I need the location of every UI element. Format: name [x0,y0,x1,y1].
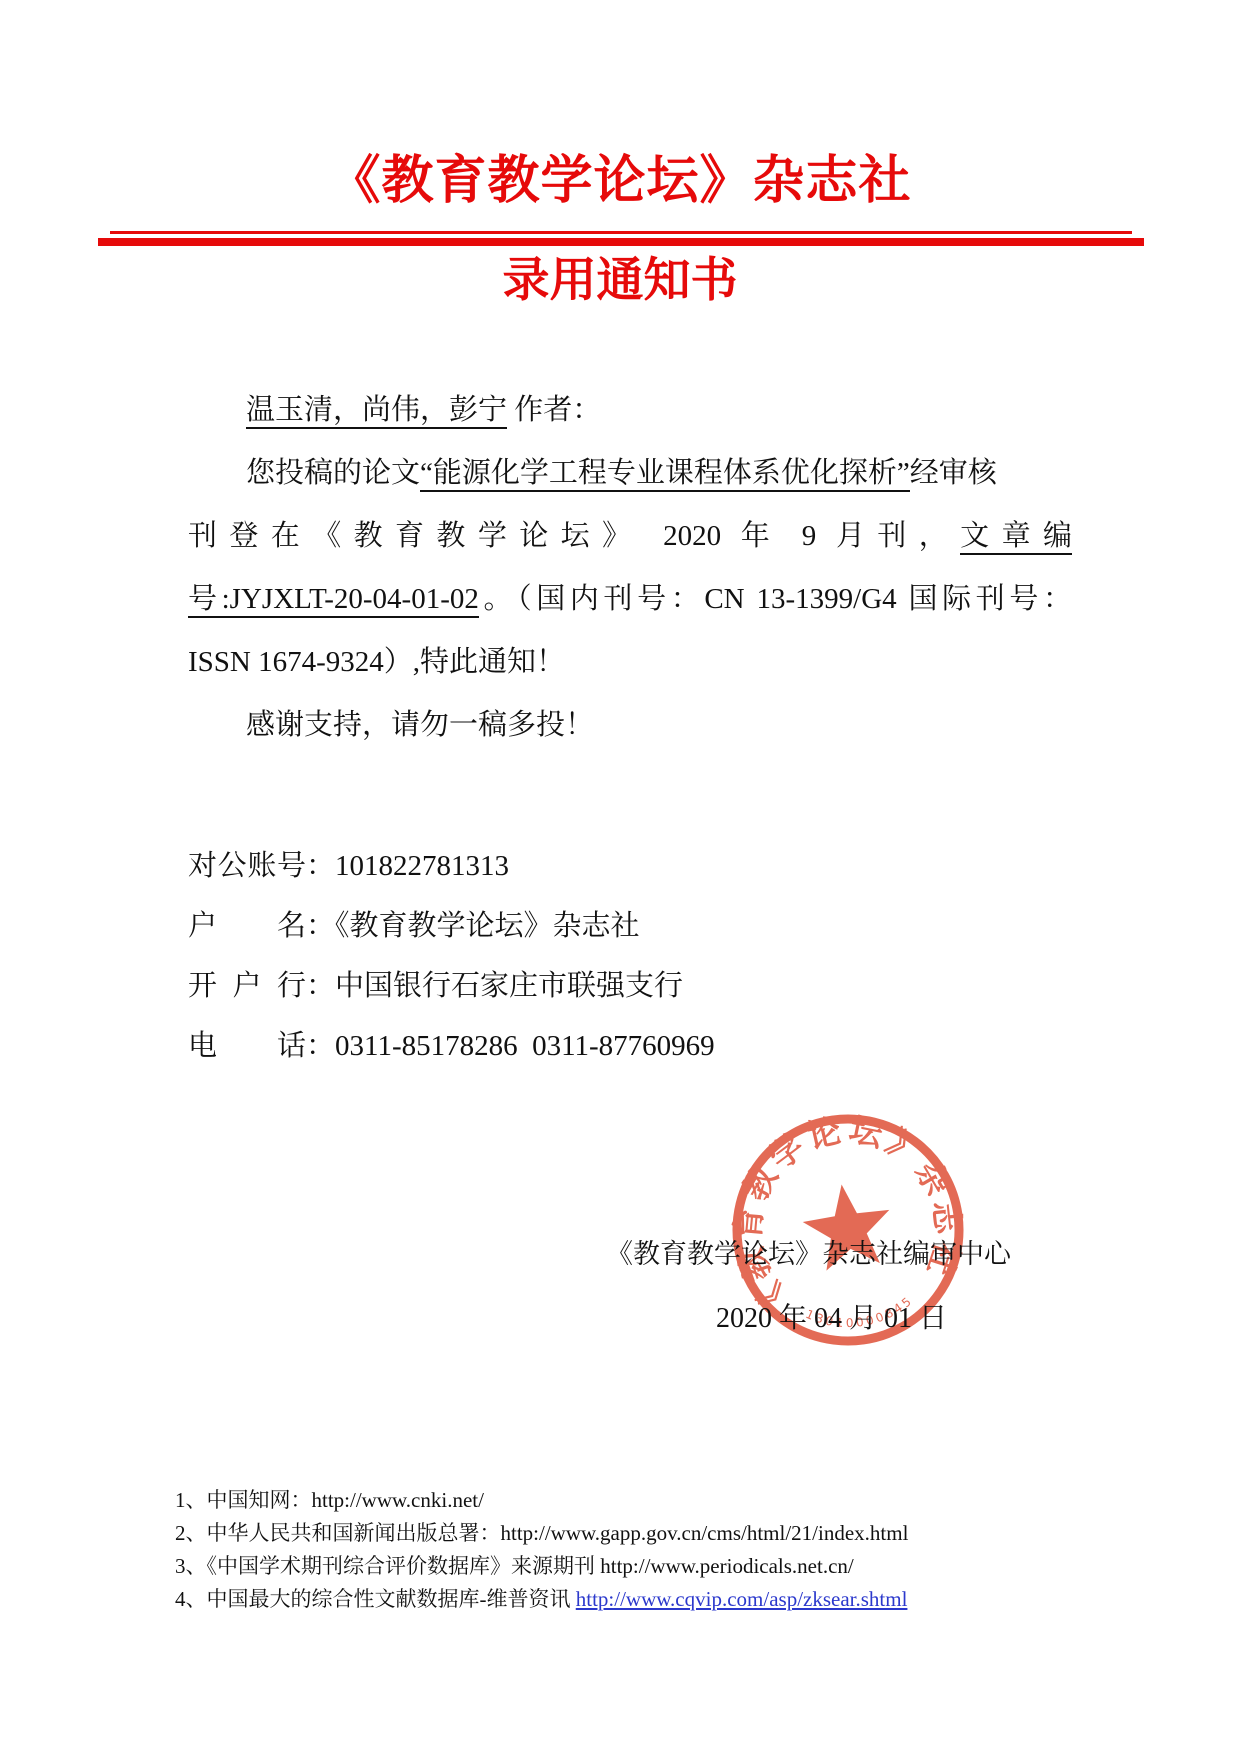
letter-subtitle: 录用通知书 [0,252,1240,310]
salutation-suffix: 作者： [507,394,601,426]
acceptance-letter-page: 《教育教学论坛》杂志社 录用通知书 温玉清，尚伟，彭宁 作者： 您投稿的论文“能… [0,0,1240,1753]
issn-line: ISSN 1674-9324）,特此通知！ [188,646,565,678]
phone-row: 电话：0311-85178286 0311-87760969 [188,1016,1088,1076]
footer-item-periodicals: 3、《中国学术期刊综合评价数据库》来源期刊 http://www.periodi… [175,1550,1115,1583]
footer-item-periodicals-text: 3、《中国学术期刊综合评价数据库》来源期刊 [175,1554,600,1578]
p2-text: 刊登在《教育教学论坛》 2020 年 9 月刊， [188,520,960,552]
paragraph-line-3: 号:JYJXLT-20-04-01-02。（国内刊号：CN 13-1399/G4… [188,568,1072,631]
colon: ： [306,1030,335,1062]
article-number-label: 文章编 [960,520,1072,555]
colon: ： [306,910,335,942]
salutation-line: 温玉清，尚伟，彭宁 作者： [188,379,1072,442]
account-number-label: 对公账号 [188,836,306,896]
author-names: 温玉清，尚伟，彭宁 [246,394,507,429]
p1-suffix: 经审核 [910,457,997,489]
paper-title: “能源化学工程专业课程体系优化探析” [420,457,910,492]
colon: ： [306,850,335,882]
thanks-line: 感谢支持，请勿一稿多投！ [246,709,594,741]
header-double-rule [98,231,1144,246]
phone-label: 电话 [188,1016,306,1076]
account-name-label: 户名 [188,896,306,956]
paragraph-line-5: 感谢支持，请勿一稿多投！ [188,694,1072,757]
p1-prefix: 您投稿的论文 [246,457,420,489]
footer-item-cqvip: 4、中国最大的综合性文献数据库-维普资讯 http://www.cqvip.co… [175,1583,1115,1616]
p3-rest: 。（国内刊号：CN 13-1399/G4 国际刊号： [479,583,1072,615]
footer-item-cnki-url: http://www.cnki.net/ [312,1488,484,1512]
account-number-value: 101822781313 [335,850,509,882]
footer-item-periodicals-url: http://www.periodicals.net.cn/ [600,1554,854,1578]
footer-item-gapp: 2、中华人民共和国新闻出版总署：http://www.gapp.gov.cn/c… [175,1517,1115,1550]
bank-branch-label: 开户行 [188,956,306,1016]
bank-branch-row: 开户行：中国银行石家庄市联强支行 [188,956,1088,1016]
footer-item-cnki: 1、中国知网：http://www.cnki.net/ [175,1484,1115,1517]
footer-item-gapp-text: 2、中华人民共和国新闻出版总署： [175,1521,501,1545]
account-number-row: 对公账号：101822781313 [188,836,1088,896]
article-number: 号:JYJXLT-20-04-01-02 [188,583,479,618]
bank-branch-value: 中国银行石家庄市联强支行 [335,970,683,1002]
phone-value: 0311-85178286 0311-87760969 [335,1030,715,1062]
bank-account-block: 对公账号：101822781313 户名：《教育教学论坛》杂志社 开户行：中国银… [188,836,1088,1076]
signature-organization: 《教育教学论坛》杂志社编审中心 [606,1237,1011,1271]
letter-body: 温玉清，尚伟，彭宁 作者： 您投稿的论文“能源化学工程专业课程体系优化探析”经审… [188,379,1072,757]
rule-thin-line [110,231,1132,234]
signature-date: 2020 年 04 月 01 日 [716,1302,947,1336]
account-name-value: 《教育教学论坛》杂志社 [335,910,640,942]
paragraph-line-4: ISSN 1674-9324）,特此通知！ [188,631,1072,694]
colon: ： [306,970,335,1002]
account-name-row: 户名：《教育教学论坛》杂志社 [188,896,1088,956]
cqvip-hyperlink[interactable]: http://www.cqvip.com/asp/zksear.shtml [576,1587,908,1611]
rule-thick-line [98,238,1144,246]
paragraph-line-1: 您投稿的论文“能源化学工程专业课程体系优化探析”经审核 [188,442,1072,505]
footer-references: 1、中国知网：http://www.cnki.net/ 2、中华人民共和国新闻出… [175,1484,1115,1616]
journal-title: 《教育教学论坛》杂志社 [0,146,1240,218]
footer-item-cqvip-text: 4、中国最大的综合性文献数据库-维普资讯 [175,1587,576,1611]
footer-item-cnki-text: 1、中国知网： [175,1488,312,1512]
paragraph-line-2: 刊登在《教育教学论坛》 2020 年 9 月刊，文章编 [188,505,1072,568]
footer-item-gapp-url: http://www.gapp.gov.cn/cms/html/21/index… [501,1521,909,1545]
